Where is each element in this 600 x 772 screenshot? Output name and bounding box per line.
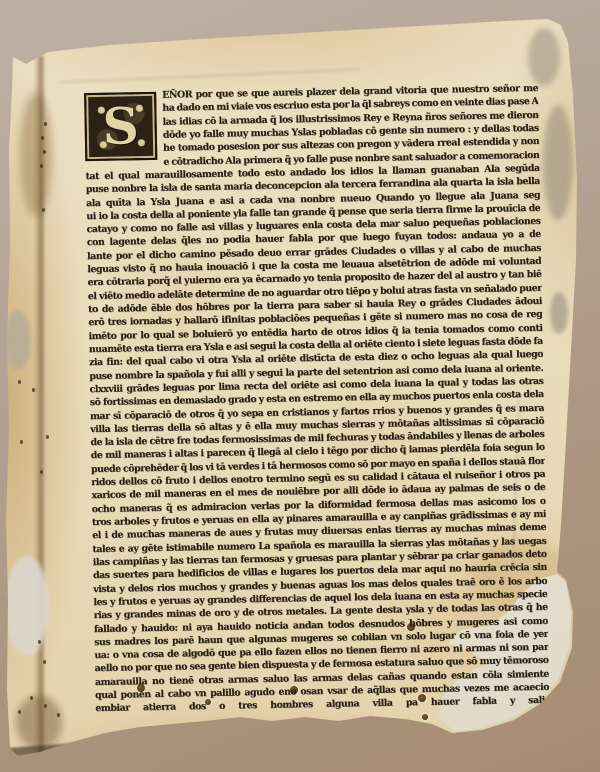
stitch-hole bbox=[32, 388, 35, 392]
stitch-hole bbox=[42, 208, 45, 212]
edge-stain-mid bbox=[550, 292, 568, 334]
stitch-hole bbox=[43, 150, 46, 154]
stitch-hole bbox=[38, 640, 41, 644]
stitch-hole bbox=[40, 470, 43, 474]
stitch-hole bbox=[43, 660, 46, 664]
photo-backdrop: S EÑOR por que se que aureis plazer dela… bbox=[0, 0, 600, 772]
woodcut-initial-s: S bbox=[84, 92, 157, 161]
stitch-hole bbox=[57, 713, 60, 717]
body-text: EÑOR por que se que aureis plazer dela g… bbox=[84, 82, 549, 716]
stitch-hole bbox=[18, 710, 21, 714]
bottom-edge-chip bbox=[300, 722, 390, 740]
paste-stain bbox=[5, 556, 49, 656]
gray-stain-fold bbox=[5, 310, 31, 370]
worm-hole bbox=[422, 714, 428, 720]
stitch-hole bbox=[44, 122, 47, 126]
stitch-hole bbox=[40, 164, 43, 168]
stitch-hole bbox=[30, 696, 33, 700]
stitch-hole bbox=[44, 704, 47, 708]
edge-stain-upper bbox=[543, 105, 573, 220]
paper-sheet: S EÑOR por que se que aureis plazer dela… bbox=[0, 0, 600, 772]
stitch-hole bbox=[46, 435, 49, 439]
stitch-hole bbox=[18, 380, 21, 384]
paper-wrinkle bbox=[60, 65, 360, 83]
stitch-hole bbox=[41, 136, 44, 140]
stitch-hole bbox=[20, 440, 23, 444]
letter-text-block: S EÑOR por que se que aureis plazer dela… bbox=[84, 82, 549, 716]
corner-stain bbox=[528, 28, 560, 86]
